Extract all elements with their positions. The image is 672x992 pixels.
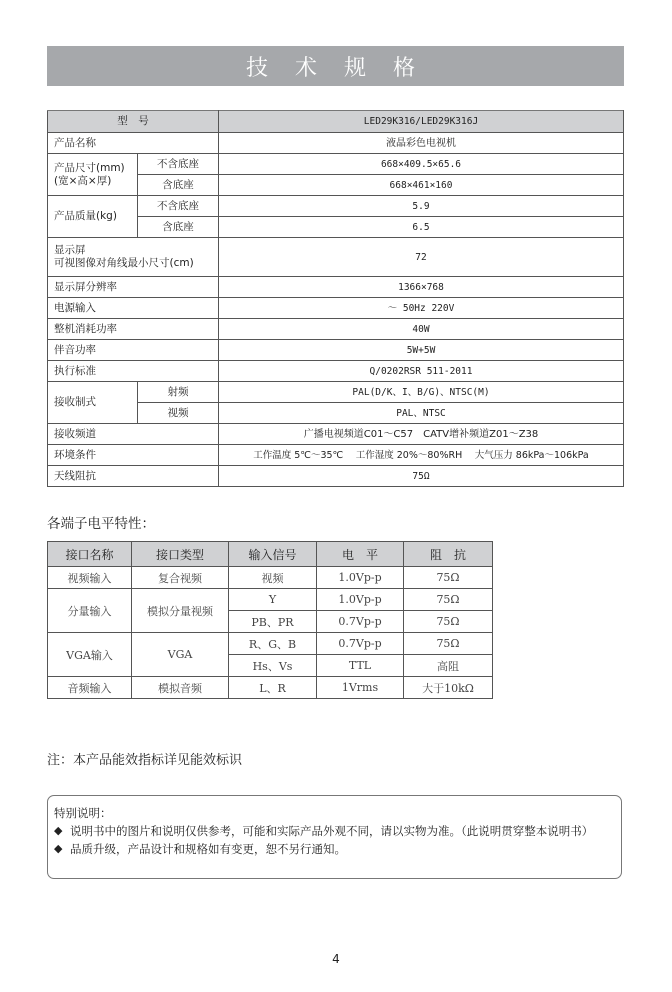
terminal-section-heading: 各端子电平特性：: [47, 512, 155, 532]
table-row: 产品名称 液晶彩色电视机: [48, 133, 624, 154]
size-without-stand-value: 668×409.5×65.6: [219, 154, 624, 175]
video-label: 视频: [138, 403, 219, 424]
energy-efficiency-note: 注：本产品能效指标详见能效标识: [47, 749, 242, 768]
level: 1.0Vp-p: [317, 567, 404, 589]
terminal-table: 接口名称 接口类型 输入信号 电 平 阻 抗 视频输入 复合视频 视频 1.0V…: [47, 541, 493, 699]
size-label-line1: 产品尺寸(mm): [54, 162, 131, 175]
model-value: LED29K316/LED29K316J: [219, 111, 624, 133]
interface-name: 音频输入: [48, 677, 132, 699]
table-row: 执行标准 Q/0202RSR 511-2011: [48, 361, 624, 382]
table-header-row: 接口名称 接口类型 输入信号 电 平 阻 抗: [48, 542, 493, 567]
antenna-impedance-value: 75Ω: [219, 466, 624, 487]
column-header: 接口名称: [48, 542, 132, 567]
table-row: 显示屏 可视图像对角线最小尺寸(cm) 72: [48, 238, 624, 277]
impedance: 高阻: [404, 655, 493, 677]
interface-name: VGA输入: [48, 633, 132, 677]
rf-label: 射频: [138, 382, 219, 403]
column-header: 阻 抗: [404, 542, 493, 567]
interface-name: 分量输入: [48, 589, 132, 633]
table-row: 天线阻抗 75Ω: [48, 466, 624, 487]
notice-item: ◆ 说明书中的图片和说明仅供参考，可能和实际产品外观不同，请以实物为准。（此说明…: [54, 822, 615, 840]
table-row: 接收频道 广播电视频道C01～C57 CATV增补频道Z01～Z38: [48, 424, 624, 445]
screen-label: 显示屏 可视图像对角线最小尺寸(cm): [48, 238, 219, 277]
interface-type: 复合视频: [132, 567, 229, 589]
table-row: 分量输入 模拟分量视频 Y 1.0Vp-p 75Ω: [48, 589, 493, 611]
size-label-line2: (宽×高×厚): [54, 175, 131, 188]
impedance: 75Ω: [404, 589, 493, 611]
table-row: 显示屏分辨率 1366×768: [48, 277, 624, 298]
column-header: 电 平: [317, 542, 404, 567]
model-label: 型 号: [48, 111, 219, 133]
product-name-label: 产品名称: [48, 133, 219, 154]
table-row: 整机消耗功率 40W: [48, 319, 624, 340]
rf-value: PAL(D/K、I、B/G)、NTSC(M): [219, 382, 624, 403]
level: 1.0Vp-p: [317, 589, 404, 611]
level: 0.7Vp-p: [317, 633, 404, 655]
resolution-label: 显示屏分辨率: [48, 277, 219, 298]
input-signal: PB、PR: [229, 611, 317, 633]
environment-value: 工作温度 5℃～35℃ 工作湿度 20%～80%RH 大气压力 86kPa～10…: [219, 445, 624, 466]
weight-with-stand-value: 6.5: [219, 217, 624, 238]
notice-item-text: 品质升级，产品设计和规格如有变更，恕不另行通知。: [70, 840, 346, 858]
video-value: PAL、NTSC: [219, 403, 624, 424]
impedance: 75Ω: [404, 633, 493, 655]
table-row: 音频输入 模拟音频 L、R 1Vrms 大于10kΩ: [48, 677, 493, 699]
audio-power-value: 5W+5W: [219, 340, 624, 361]
antenna-impedance-label: 天线阻抗: [48, 466, 219, 487]
size-with-stand-value: 668×461×160: [219, 175, 624, 196]
table-row: 视频输入 复合视频 视频 1.0Vp-p 75Ω: [48, 567, 493, 589]
table-row: VGA输入 VGA R、G、B 0.7Vp-p 75Ω: [48, 633, 493, 655]
level: 0.7Vp-p: [317, 611, 404, 633]
notice-title: 特别说明：: [54, 804, 615, 822]
interface-name: 视频输入: [48, 567, 132, 589]
diamond-bullet-icon: ◆: [54, 822, 70, 840]
input-signal: L、R: [229, 677, 317, 699]
impedance: 75Ω: [404, 611, 493, 633]
reception-system-label: 接收制式: [48, 382, 138, 424]
special-notice-box: 特别说明： ◆ 说明书中的图片和说明仅供参考，可能和实际产品外观不同，请以实物为…: [47, 795, 622, 879]
table-row: 电源输入 ～ 50Hz 220V: [48, 298, 624, 319]
table-row: 伴音功率 5W+5W: [48, 340, 624, 361]
input-signal: Y: [229, 589, 317, 611]
resolution-value: 1366×768: [219, 277, 624, 298]
power-consumption-label: 整机消耗功率: [48, 319, 219, 340]
interface-type: 模拟音频: [132, 677, 229, 699]
diamond-bullet-icon: ◆: [54, 840, 70, 858]
notice-item: ◆ 品质升级，产品设计和规格如有变更，恕不另行通知。: [54, 840, 615, 858]
weight-without-stand-label: 不含底座: [138, 196, 219, 217]
weight-with-stand-label: 含底座: [138, 217, 219, 238]
screen-value: 72: [219, 238, 624, 277]
size-without-stand-label: 不含底座: [138, 154, 219, 175]
input-signal: R、G、B: [229, 633, 317, 655]
power-input-value: ～ 50Hz 220V: [219, 298, 624, 319]
size-label: 产品尺寸(mm) (宽×高×厚): [48, 154, 138, 196]
spec-table: 型 号 LED29K316/LED29K316J 产品名称 液晶彩色电视机 产品…: [47, 110, 624, 487]
product-name-value: 液晶彩色电视机: [219, 133, 624, 154]
notice-item-text: 说明书中的图片和说明仅供参考，可能和实际产品外观不同，请以实物为准。（此说明贯穿…: [70, 822, 593, 840]
screen-label-line1: 显示屏: [54, 244, 212, 257]
input-signal: 视频: [229, 567, 317, 589]
level: TTL: [317, 655, 404, 677]
impedance: 大于10kΩ: [404, 677, 493, 699]
page-number: 4: [0, 952, 672, 966]
page-title: 技 术 规 格: [47, 46, 624, 86]
channels-value: 广播电视频道C01～C57 CATV增补频道Z01～Z38: [219, 424, 624, 445]
size-with-stand-label: 含底座: [138, 175, 219, 196]
interface-type: 模拟分量视频: [132, 589, 229, 633]
screen-label-line2: 可视图像对角线最小尺寸(cm): [54, 257, 212, 270]
standard-label: 执行标准: [48, 361, 219, 382]
input-signal: Hs、Vs: [229, 655, 317, 677]
weight-label: 产品质量(kg): [48, 196, 138, 238]
level: 1Vrms: [317, 677, 404, 699]
table-row: 环境条件 工作温度 5℃～35℃ 工作湿度 20%～80%RH 大气压力 86k…: [48, 445, 624, 466]
table-row: 产品尺寸(mm) (宽×高×厚) 不含底座 668×409.5×65.6: [48, 154, 624, 175]
power-input-label: 电源输入: [48, 298, 219, 319]
environment-label: 环境条件: [48, 445, 219, 466]
audio-power-label: 伴音功率: [48, 340, 219, 361]
table-row: 产品质量(kg) 不含底座 5.9: [48, 196, 624, 217]
table-row: 型 号 LED29K316/LED29K316J: [48, 111, 624, 133]
column-header: 接口类型: [132, 542, 229, 567]
table-row: 接收制式 射频 PAL(D/K、I、B/G)、NTSC(M): [48, 382, 624, 403]
channels-label: 接收频道: [48, 424, 219, 445]
column-header: 输入信号: [229, 542, 317, 567]
impedance: 75Ω: [404, 567, 493, 589]
standard-value: Q/0202RSR 511-2011: [219, 361, 624, 382]
power-consumption-value: 40W: [219, 319, 624, 340]
weight-without-stand-value: 5.9: [219, 196, 624, 217]
interface-type: VGA: [132, 633, 229, 677]
